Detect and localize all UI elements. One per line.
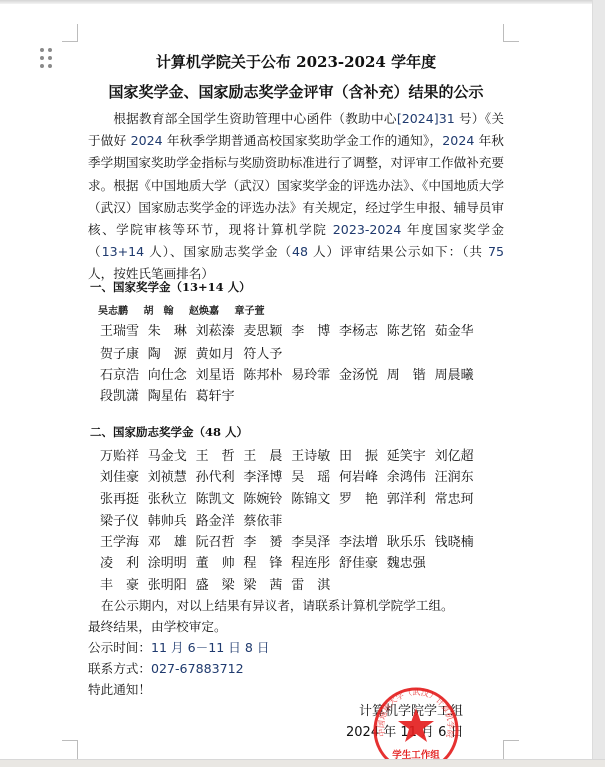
- supplement-name: 章子萱: [234, 302, 264, 317]
- name: 李 赟: [243, 531, 291, 550]
- name: 王瑞雪: [100, 320, 148, 339]
- name: 王学海: [100, 531, 148, 550]
- name: 金汤悦: [339, 364, 387, 383]
- name: 何岩峰: [339, 466, 387, 485]
- name: 黄如月: [196, 343, 244, 362]
- name: 刘祯慧: [148, 466, 196, 485]
- title-line-1: 计算机学院关于公布 2023-2024 学年度: [0, 51, 592, 72]
- name: 郭洋利: [387, 488, 435, 507]
- name: 凌 利: [100, 552, 148, 571]
- name: 张秋立: [148, 488, 196, 507]
- name: 刘星语: [196, 364, 244, 383]
- name: 陈邦朴: [243, 364, 291, 383]
- name: 陶 源: [148, 343, 196, 362]
- name: 葛轩宇: [196, 385, 244, 404]
- name: 李法增: [339, 531, 387, 550]
- intro-paragraph: 根据教育部全国学生资助管理中心函件（教助中心[2024]31 号）《关于做好 2…: [88, 108, 504, 286]
- name: 吴 瑶: [291, 466, 339, 485]
- name: 王诗敏: [291, 445, 339, 464]
- name: 陈凯文: [196, 488, 244, 507]
- name: 汪润东: [435, 466, 483, 485]
- page-gap: [0, 759, 605, 767]
- name: 朱 琳: [148, 320, 196, 339]
- name: 丰 豪: [100, 574, 148, 593]
- name: 常忠珂: [435, 488, 483, 507]
- name: 阮召哲: [196, 531, 244, 550]
- name: 雷 淇: [291, 574, 339, 593]
- name: 刘亿超: [435, 445, 483, 464]
- name: 蔡依菲: [243, 510, 291, 529]
- name: 易玲霏: [291, 364, 339, 383]
- name: 王 哲: [196, 445, 244, 464]
- supplement-name: 吴志鹏: [98, 302, 128, 317]
- name: 李杨志: [339, 320, 387, 339]
- name: 陈锦文: [291, 488, 339, 507]
- name: 董 帅: [196, 552, 244, 571]
- names-row: 石京浩向仕念刘星语陈邦朴易玲霏金汤悦周 锴周晨曦: [100, 364, 482, 383]
- name: 路金洋: [196, 510, 244, 529]
- margin-corner-bottom-right: [503, 740, 519, 759]
- names-row: 王学海邓 雄阮召哲李 赟李昊泽李法增耿乐乐钱晓楠: [100, 531, 482, 550]
- contact-info: 联系方式：027-67883712: [88, 658, 244, 677]
- name: 钱晓楠: [435, 531, 483, 550]
- margin-corner-top-right: [503, 24, 519, 42]
- name: 周 锴: [387, 364, 435, 383]
- names-row: 丰 豪张明阳盛 梁梁 茜雷 淇: [100, 574, 339, 593]
- name: 李 博: [291, 320, 339, 339]
- name: 余鸿伟: [387, 466, 435, 485]
- margin-corner-top-left: [62, 24, 78, 42]
- objection-notice: 在公示期内，对以上结果有异议者，请联系计算机学院学工组。: [101, 595, 454, 614]
- section-1-heading: 一、国家奖学金（13+14 人）: [90, 279, 251, 295]
- notice-closing: 特此通知！: [88, 679, 151, 698]
- names-row: 梁子仪韩帅兵路金洋蔡依菲: [100, 510, 291, 529]
- name: 刘菘溱: [196, 320, 244, 339]
- name: 周晨曦: [435, 364, 483, 383]
- name: 罗 艳: [339, 488, 387, 507]
- name: 梁子仪: [100, 510, 148, 529]
- section-2-heading: 二、国家励志奖学金（48 人）: [90, 424, 248, 440]
- official-seal-icon: 中国地质大学（武汉）计算机学院 学生工作组: [372, 686, 460, 767]
- name: 张明阳: [148, 574, 196, 593]
- publicity-period: 公示时间：11 月 6－11 日 8 日: [88, 637, 269, 656]
- supplement-names: 吴志鹏 胡 翰 赵焕嘉 章子萱: [98, 302, 276, 317]
- name: 王 晨: [243, 445, 291, 464]
- name: 茹金华: [435, 320, 483, 339]
- name: 程连彤: [291, 552, 339, 571]
- supplement-name: 胡 翰: [143, 302, 173, 317]
- name: 韩帅兵: [148, 510, 196, 529]
- names-row: 凌 利涂明明董 帅程 锋程连彤舒佳豪魏忠强: [100, 552, 435, 571]
- names-row: 王瑞雪朱 琳刘菘溱麦思颖李 博李杨志陈艺铭茹金华: [100, 320, 482, 339]
- name: 贺子康: [100, 343, 148, 362]
- name: 刘佳豪: [100, 466, 148, 485]
- name: 孙代利: [196, 466, 244, 485]
- name: 程 锋: [243, 552, 291, 571]
- document-page[interactable]: 计算机学院关于公布 2023-2024 学年度 国家奖学金、国家励志奖学金评审（…: [0, 4, 592, 759]
- name: 麦思颖: [243, 320, 291, 339]
- name: 马金戈: [148, 445, 196, 464]
- names-row: 刘佳豪刘祯慧孙代利李泽博吴 瑶何岩峰余鸿伟汪润东: [100, 466, 482, 485]
- final-result-note: 最终结果，由学校审定。: [88, 616, 227, 635]
- name: 舒佳豪: [339, 552, 387, 571]
- name: 张再挺: [100, 488, 148, 507]
- name: 李泽博: [243, 466, 291, 485]
- name: 邓 雄: [148, 531, 196, 550]
- vertical-scrollbar[interactable]: [592, 0, 605, 767]
- names-row: 万贻祥马金戈王 哲王 晨王诗敏田 振延笑宇刘亿超: [100, 445, 482, 464]
- name: 耿乐乐: [387, 531, 435, 550]
- name: 向仕念: [148, 364, 196, 383]
- names-row: 张再挺张秋立陈凯文陈婉铃陈锦文罗 艳郭洋利常忠珂: [100, 488, 482, 507]
- names-row: 段凯潇陶星佑葛轩宇: [100, 385, 243, 404]
- name: 陈婉铃: [243, 488, 291, 507]
- name: 李昊泽: [291, 531, 339, 550]
- name: 陶星佑: [148, 385, 196, 404]
- name: 涂明明: [148, 552, 196, 571]
- supplement-name: 赵焕嘉: [189, 302, 219, 317]
- title-line-2: 国家奖学金、国家励志奖学金评审（含补充）结果的公示: [0, 81, 592, 102]
- name: 田 振: [339, 445, 387, 464]
- name: 石京浩: [100, 364, 148, 383]
- margin-corner-bottom-left: [62, 740, 78, 759]
- name: 盛 梁: [196, 574, 244, 593]
- name: 陈艺铭: [387, 320, 435, 339]
- name: 段凯潇: [100, 385, 148, 404]
- name: 万贻祥: [100, 445, 148, 464]
- names-row: 贺子康陶 源黄如月符人予: [100, 343, 291, 362]
- name: 符人予: [243, 343, 291, 362]
- name: 魏忠强: [387, 552, 435, 571]
- name: 延笑宇: [387, 445, 435, 464]
- name: 梁 茜: [243, 574, 291, 593]
